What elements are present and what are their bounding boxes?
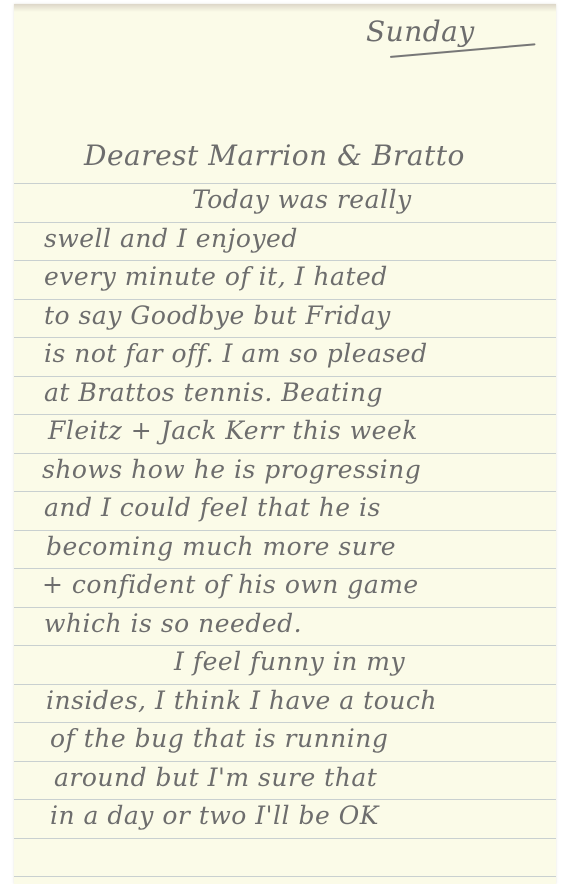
letter-line: which is so needed. bbox=[44, 611, 302, 636]
letter-line: of the bug that is running bbox=[50, 726, 388, 751]
ruled-line bbox=[14, 337, 556, 338]
ruled-line bbox=[14, 222, 556, 223]
letter-line: shows how he is progressing bbox=[42, 457, 421, 482]
letter-line: is not far off. I am so pleased bbox=[44, 341, 428, 366]
letter-line: I feel funny in my bbox=[174, 649, 405, 674]
letter-salutation: Dearest Marrion & Bratto bbox=[84, 142, 465, 170]
letter-line: Today was really bbox=[192, 187, 412, 212]
letter-line: in a day or two I'll be OK bbox=[50, 803, 379, 828]
ruled-line bbox=[14, 183, 556, 184]
ruled-line bbox=[14, 414, 556, 415]
ruled-line bbox=[14, 453, 556, 454]
letter-date: Sunday bbox=[366, 18, 475, 46]
ruled-line bbox=[14, 607, 556, 608]
ruled-line bbox=[14, 761, 556, 762]
letter-line: and I could feel that he is bbox=[44, 495, 381, 520]
ruled-line bbox=[14, 722, 556, 723]
letter-paper: Sunday Dearest Marrion & Bratto Today wa… bbox=[14, 4, 556, 884]
letter-line: + confident of his own game bbox=[42, 572, 419, 597]
letter-line: to say Goodbye but Friday bbox=[44, 303, 391, 328]
letter-line: Fleitz + Jack Kerr this week bbox=[48, 418, 418, 443]
ruled-line bbox=[14, 838, 556, 839]
letter-line: becoming much more sure bbox=[46, 534, 396, 559]
ruled-line bbox=[14, 876, 556, 877]
ruled-line bbox=[14, 684, 556, 685]
ruled-line bbox=[14, 530, 556, 531]
letter-line: around but I'm sure that bbox=[54, 765, 377, 790]
letter-line: insides, I think I have a touch bbox=[46, 688, 437, 713]
letter-line: swell and I enjoyed bbox=[44, 226, 298, 251]
ruled-line bbox=[14, 260, 556, 261]
ruled-line bbox=[14, 645, 556, 646]
letter-line: every minute of it, I hated bbox=[44, 264, 388, 289]
ruled-line bbox=[14, 799, 556, 800]
ruled-line bbox=[14, 376, 556, 377]
ruled-line bbox=[14, 299, 556, 300]
letter-line: at Brattos tennis. Beating bbox=[44, 380, 383, 405]
ruled-line bbox=[14, 491, 556, 492]
ruled-line bbox=[14, 568, 556, 569]
